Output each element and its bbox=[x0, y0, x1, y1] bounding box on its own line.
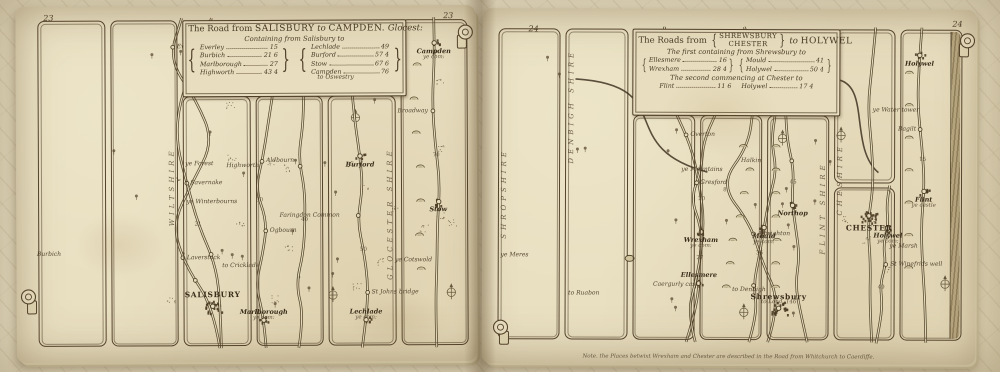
atlas-page-left: 23 23 LongfordLaverstockye Winterbourns1… bbox=[15, 5, 477, 363]
mile-number: 20 bbox=[698, 197, 705, 203]
compass-rose bbox=[940, 275, 949, 291]
place-label: Bagilt bbox=[898, 126, 916, 132]
distance-row: Highworth43 4 bbox=[200, 69, 278, 78]
map-strip-panel: ye Water towerCHESTERCHESHIRE bbox=[834, 29, 895, 183]
mile-number: 50 bbox=[360, 247, 367, 253]
brace-glyph: } bbox=[826, 59, 831, 73]
map-strip: ye Water towerCHESTERCHESHIRESt Winefrid… bbox=[834, 29, 895, 340]
brace-glyph: { bbox=[642, 59, 647, 73]
distance-table: {Ellesmere16Wrexham28 4}{Mould41Holywel5… bbox=[638, 57, 834, 74]
map-strip: to Denbigh45HalkinNorthopFLINT SHIRE bbox=[767, 115, 830, 340]
place-label: to Oswestry bbox=[317, 75, 353, 81]
county-label: FLINT SHIRE bbox=[819, 143, 827, 272]
place-label: Ogbourn bbox=[270, 228, 297, 234]
place-label: Overton bbox=[690, 132, 715, 138]
atlas-spread: 23 23 LongfordLaverstockye Winterbourns1… bbox=[0, 0, 1000, 372]
place-label: Caergurly cast. bbox=[653, 282, 700, 288]
brace-glyph: } bbox=[779, 33, 785, 48]
place-label: Halkin bbox=[741, 158, 761, 164]
place-label: ye Water tower bbox=[873, 108, 919, 114]
plate-number: 23 bbox=[43, 14, 53, 23]
distance-table-second: Flint11 6Holywel17 4 bbox=[638, 83, 834, 92]
place-label: ye Meres bbox=[500, 252, 528, 258]
brace-glyph: { bbox=[299, 49, 307, 72]
place-label: St Winefrids well bbox=[890, 261, 942, 267]
mile-number: 8 bbox=[723, 188, 727, 194]
mile-number: 27 bbox=[696, 256, 703, 262]
place-label: Savernake bbox=[190, 180, 222, 186]
distance-row: Flint11 6 bbox=[659, 83, 731, 91]
place-label: Broadway bbox=[397, 108, 427, 114]
compass-rose bbox=[446, 283, 455, 299]
town-label: Holywel bbox=[905, 60, 934, 67]
town-label: Northop bbox=[777, 210, 807, 217]
map-strip: St Johns bridge50Faringdon CommonLechlad… bbox=[328, 95, 397, 345]
distance-row: Ellesmere16 bbox=[649, 57, 727, 65]
town-sublabel: ye com: bbox=[690, 244, 712, 250]
distance-row: Holywel50 4 bbox=[746, 66, 824, 74]
brace-glyph: { bbox=[739, 59, 744, 73]
town-label: Ellesmere bbox=[681, 272, 717, 279]
brace-glyph: } bbox=[393, 48, 401, 71]
mile-number: 40 bbox=[301, 218, 308, 224]
engraver-note: Note. the Places betwixt Wrexham and Che… bbox=[521, 353, 935, 360]
distance-row: Holywel17 4 bbox=[741, 83, 813, 91]
map-strip: Caergurly cast.36ye MountainsMouldye com… bbox=[699, 115, 762, 340]
place-label: Aldbourn bbox=[266, 158, 294, 164]
brace-glyph: { bbox=[711, 33, 717, 48]
atlas-page-right: 24 24 Albrighton8to OswestryShrewsburyto… bbox=[481, 8, 976, 365]
distance-column: Lechlade49Burford57 4Stow67 6Campden76 bbox=[311, 44, 389, 77]
distance-column: Ellesmere16Wrexham28 4 bbox=[649, 57, 727, 74]
place-label: Burbich bbox=[37, 252, 61, 258]
county-label: WILTSHIRE bbox=[168, 86, 177, 287]
strip-engraving bbox=[401, 20, 468, 344]
town-sublabel: to Lond. 146 bbox=[761, 300, 796, 306]
map-strip: Albrighton8to OswestryShrewsburyto Lond.… bbox=[497, 28, 560, 339]
mile-number: 21 bbox=[194, 223, 201, 229]
cartouche-subtitle: Containing from Salisbury to bbox=[188, 34, 400, 43]
map-strip: Burbich21Savernakeye ForestWILTSHIRE bbox=[110, 20, 179, 346]
book-gutter bbox=[464, 0, 496, 372]
town-sublabel: ye castle bbox=[911, 203, 936, 209]
map-strip: Broadway70ye CotswoldCampdenye com:Stow bbox=[400, 19, 469, 345]
map-strip: LongfordLaverstockye Winterbourns14Everl… bbox=[37, 21, 106, 347]
brace-glyph: { bbox=[187, 49, 195, 72]
cartouche-title: The Roads from {SHREWSBURYCHESTER} to HO… bbox=[638, 33, 834, 49]
map-strip: Bagilt15ye MarshHolywelFlintye castle bbox=[899, 30, 962, 341]
place-label: ye Winterbourns bbox=[187, 199, 238, 205]
place-label: St Johns bridge bbox=[372, 289, 419, 295]
county-label: GLOCESTER SHIRE bbox=[385, 121, 394, 305]
mile-number: 15 bbox=[919, 158, 926, 164]
town-sublabel: ye com: bbox=[355, 316, 377, 322]
map-strip: to Ruabon27GresfordWrexhamye com: bbox=[632, 115, 695, 340]
place-label: ye Mountains bbox=[681, 166, 722, 172]
place-label: to Denbigh bbox=[732, 287, 766, 293]
scroll-roll-icon bbox=[19, 287, 39, 317]
place-label: ye Marsh bbox=[889, 244, 917, 250]
distance-table: {Everley15Burbich21 6Marlborough27Highwo… bbox=[188, 44, 400, 78]
mile-number: 36 bbox=[756, 252, 763, 258]
place-label: to Ruabon bbox=[568, 291, 599, 297]
mile-number: 30 bbox=[256, 198, 263, 204]
plate-number: 24 bbox=[529, 24, 539, 33]
distance-row: Wrexham28 4 bbox=[649, 65, 727, 73]
place-label: Faringdon Common bbox=[280, 213, 340, 219]
town-label: Burford bbox=[346, 161, 375, 168]
title-cartouche: The Road from SALISBURY to CAMPDEN. Gloc… bbox=[182, 19, 406, 97]
title-cartouche: The Roads from {SHREWSBURYCHESTER} to HO… bbox=[632, 29, 840, 117]
town-sublabel: ye com: bbox=[423, 55, 445, 61]
plate-number: 24 bbox=[952, 20, 962, 29]
distance-column: Mould41Holywel50 4 bbox=[746, 58, 824, 75]
town-label: Stow bbox=[429, 207, 447, 214]
mile-number: 49 bbox=[878, 286, 885, 292]
place-label: to Cricklade bbox=[222, 263, 259, 269]
scroll-roll-icon bbox=[956, 32, 976, 62]
town-sublabel: ye com: bbox=[253, 316, 275, 322]
place-label: Highworth bbox=[226, 163, 259, 169]
mile-number: 45 bbox=[790, 180, 797, 186]
cartouche-subtitle: The first containing from Shrewsbury to bbox=[638, 48, 834, 57]
cartouche-subtitle-2: The second commencing at Chester to bbox=[638, 74, 834, 83]
cartouche-title: The Road from SALISBURY to CAMPDEN. Gloc… bbox=[188, 23, 400, 35]
town-sublabel: ye com: bbox=[753, 240, 775, 246]
county-label: DENBIGH SHIRE bbox=[567, 36, 575, 178]
place-label: ye Forest bbox=[185, 161, 213, 167]
mile-number: 70 bbox=[433, 153, 440, 159]
town-label: SALISBURY bbox=[185, 291, 241, 299]
distance-column: Everley15Burbich21 6Marlborough27Highwor… bbox=[200, 44, 278, 77]
place-label: ye Cotswold bbox=[395, 257, 432, 263]
brace-glyph: } bbox=[729, 59, 734, 73]
county-label: SHROPSHIRE bbox=[500, 116, 509, 271]
place-label: Gresford bbox=[700, 180, 727, 186]
place-label: Laverstock bbox=[187, 255, 220, 261]
map-strip: Ogbourn30AldbournMarlboroughye com: bbox=[183, 96, 252, 346]
brace-glyph: } bbox=[282, 49, 290, 72]
plate-number: 23 bbox=[443, 11, 453, 20]
distance-row: Mould41 bbox=[746, 58, 824, 66]
coastline-sea bbox=[949, 32, 960, 339]
